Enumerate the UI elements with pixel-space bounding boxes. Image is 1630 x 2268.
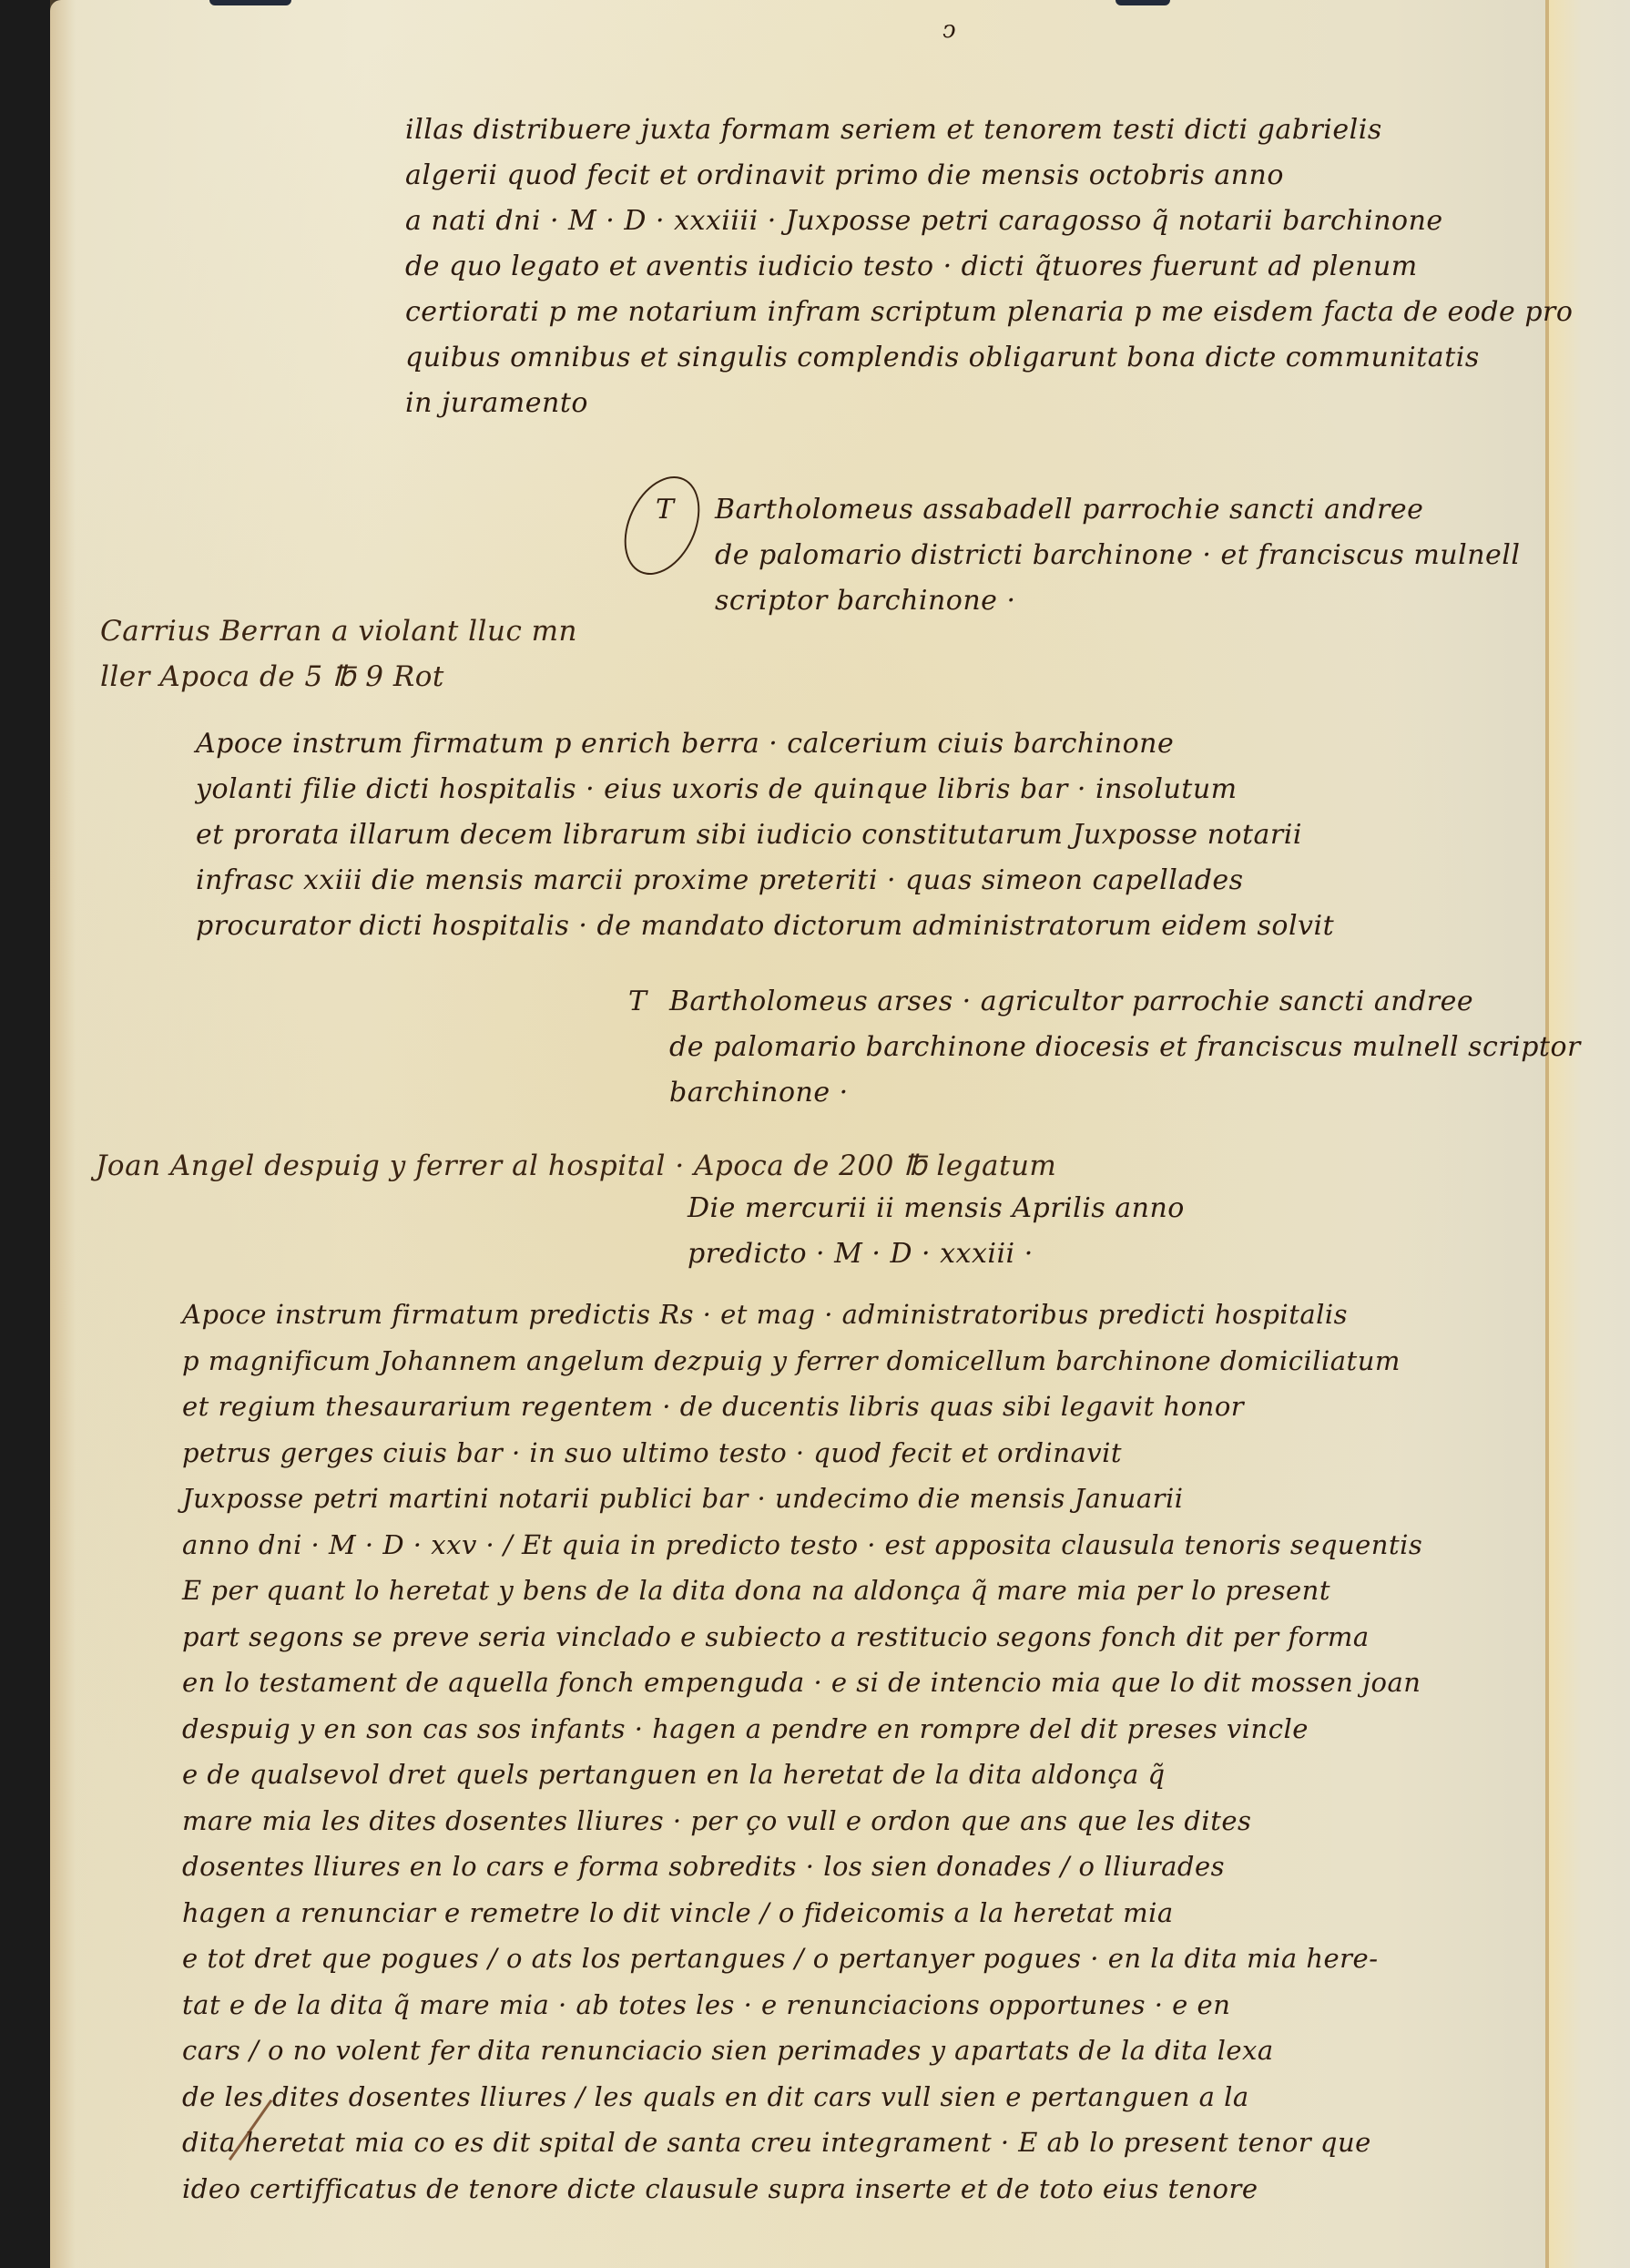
- text-line: petrus gerges ciuis bar · in suo ultimo …: [182, 1430, 1422, 1476]
- text-line: Joan Angel despuig y ferrer al hospital …: [96, 1143, 1056, 1189]
- text-line: ller Apoca de 5 ℔ 9 Rot: [100, 654, 577, 700]
- text-line: procurator dicti hospitalis · de mandato…: [196, 904, 1334, 949]
- text-line: et prorata illarum decem librarum sibi i…: [196, 812, 1334, 858]
- text-line: ideo certifficatus de tenore dicte claus…: [182, 2166, 1422, 2212]
- folio-mark: ↄ: [942, 16, 956, 44]
- text-line: en lo testament de aquella fonch empengu…: [182, 1660, 1422, 1706]
- text-line: et regium thesaurarium regentem · de duc…: [182, 1384, 1422, 1430]
- witness-marker: T: [656, 487, 675, 533]
- text-line: Bartholomeus assabadell parrochie sancti…: [715, 487, 1520, 533]
- text-line: quibus omnibus et singulis complendis ob…: [405, 335, 1573, 381]
- text-block-witnesses-2: Bartholomeus arses · agricultor parrochi…: [669, 979, 1581, 1116]
- text-line: tat e de la dita q̃ mare mia · ab totes …: [182, 1982, 1422, 2028]
- margin-note-2: Joan Angel despuig y ferrer al hospital …: [96, 1143, 1056, 1189]
- text-line: p magnificum Johannem angelum dezpuig y …: [182, 1338, 1422, 1384]
- text-line: barchinone ·: [669, 1070, 1581, 1116]
- text-line: mare mia les dites dosentes lliures · pe…: [182, 1798, 1422, 1844]
- text-line: part segons se preve seria vinclado e su…: [182, 1614, 1422, 1660]
- text-line: dosentes lliures en lo cars e forma sobr…: [182, 1844, 1422, 1890]
- text-line: Apoce instrum firmatum p enrich berra · …: [196, 721, 1334, 767]
- text-line: certiorati p me notarium infram scriptum…: [405, 290, 1573, 335]
- text-line: anno dni · M · D · xxv · / Et quia in pr…: [182, 1522, 1422, 1568]
- text-line: algerii quod fecit et ordinavit primo di…: [405, 153, 1573, 199]
- text-line: Juxposse petri martini notarii publici b…: [182, 1476, 1422, 1522]
- text-line: E per quant lo heretat y bens de la dita…: [182, 1568, 1422, 1614]
- witness-marker: T: [628, 979, 647, 1025]
- text-block-witnesses-1: Bartholomeus assabadell parrochie sancti…: [715, 487, 1520, 624]
- text-line: dita heretat mia co es dit spital de san…: [182, 2120, 1422, 2166]
- text-line: e de qualsevol dret quels pertanguen en …: [182, 1752, 1422, 1798]
- margin-note-1: Carrius Berran a violant lluc mn ller Ap…: [100, 608, 577, 700]
- text-line: Die mercurii ii mensis Aprilis anno: [688, 1186, 1185, 1231]
- text-line: hagen a renunciar e remetre lo dit vincl…: [182, 1890, 1422, 1936]
- text-line: de quo legato et aventis iudicio testo ·…: [405, 244, 1573, 290]
- text-line: despuig y en son cas sos infants · hagen…: [182, 1706, 1422, 1752]
- text-line: yolanti filie dicti hospitalis · eius ux…: [196, 767, 1334, 812]
- text-line: in juramento: [405, 381, 1573, 426]
- text-line: infrasc xxiii die mensis marcii proxime …: [196, 858, 1334, 904]
- binding-tab: [1116, 0, 1170, 5]
- binding-tab: [209, 0, 291, 5]
- text-line: de palomario districti barchinone · et f…: [715, 533, 1520, 578]
- text-line: Carrius Berran a violant lluc mn: [100, 608, 577, 654]
- text-line: scriptor barchinone ·: [715, 578, 1520, 624]
- text-line: e tot dret que pogues / o ats los pertan…: [182, 1936, 1422, 1982]
- text-line: Apoce instrum firmatum predictis Rs · et…: [182, 1292, 1422, 1338]
- text-line: illas distribuere juxta formam seriem et…: [405, 107, 1573, 153]
- text-line: predicto · M · D · xxxiii ·: [688, 1231, 1185, 1277]
- date-heading: Die mercurii ii mensis Aprilis anno pred…: [688, 1186, 1185, 1277]
- text-block-1: illas distribuere juxta formam seriem et…: [405, 107, 1573, 426]
- text-line: de palomario barchinone diocesis et fran…: [669, 1025, 1581, 1070]
- text-line: a nati dni · M · D · xxxiiii · Juxposse …: [405, 199, 1573, 244]
- text-block-5: Apoce instrum firmatum predictis Rs · et…: [182, 1292, 1422, 2212]
- text-line: cars / o no volent fer dita renunciacio …: [182, 2028, 1422, 2074]
- text-block-3: Apoce instrum firmatum p enrich berra · …: [196, 721, 1334, 949]
- text-line: de les dites dosentes lliures / les qual…: [182, 2074, 1422, 2120]
- text-line: Bartholomeus arses · agricultor parrochi…: [669, 979, 1581, 1025]
